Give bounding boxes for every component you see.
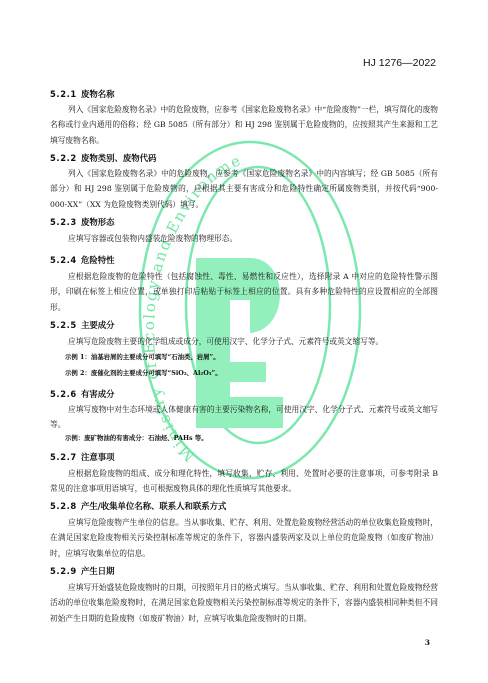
section-body-5-2-6: 应填写废物中对生态环境或人体健康有害的主要污染物名称，可使用汉字、化学分子式、元…	[50, 402, 438, 433]
document-page: Ministry of Ecology and Environment HJ 1…	[0, 0, 488, 683]
section-body-5-2-7: 应根据危险废物的组成、成分和理化特性，填写收集、贮存、利用、处置时必要的注意事项…	[50, 466, 438, 497]
section-number: 5.2.2	[50, 153, 81, 163]
section-number: 5.2.6	[50, 389, 81, 399]
section-title: 产生日期	[81, 566, 115, 576]
section-title: 废物类别、废物代码	[81, 153, 156, 163]
section-title: 注意事项	[81, 452, 115, 462]
section-body-5-2-3: 应填写容器或包装物内盛装危险废物的物理形态。	[50, 231, 438, 246]
section-heading-5-2-2: 5.2.2废物类别、废物代码	[50, 152, 156, 164]
standard-number: HJ 1276—2022	[363, 57, 436, 69]
section-body-5-2-4: 应根据危险废物的危险特性（包括腐蚀性、毒性、易燃性和反应性），选择附录 A 中对…	[50, 269, 438, 315]
section-heading-5-2-4: 5.2.4危险特性	[50, 254, 115, 266]
section-heading-5-2-9: 5.2.9产生日期	[50, 565, 115, 577]
section-number: 5.2.5	[50, 320, 81, 330]
section-title: 废物名称	[81, 89, 115, 99]
page-number: 3	[425, 638, 430, 647]
section-heading-5-2-1: 5.2.1废物名称	[50, 88, 115, 100]
section-title: 有害成分	[81, 389, 115, 399]
section-title: 产生/收集单位名称、联系人和联系方式	[81, 501, 226, 511]
example-hazardous: 示例：废矿物油的有害成分：石油烃、PAHs 等。	[65, 432, 208, 445]
section-heading-5-2-5: 5.2.5主要成分	[50, 319, 115, 331]
example-2: 示例 2：废催化剂的主要成分可填写“SiO₂、Al₂O₃”。	[65, 367, 222, 380]
section-body-5-2-1: 列入《国家危险废物名录》中的危险废物，应参考《国家危险废物名录》中“危险废物”一…	[50, 102, 438, 148]
section-heading-5-2-6: 5.2.6有害成分	[50, 388, 115, 400]
section-body-5-2-9: 应填写开始盛装危险废物时的日期，可按照年月日的格式填写。当从事收集、贮存、利用和…	[50, 580, 438, 626]
section-body-5-2-2: 列入《国家危险废物名录》中的危险废物，应参考《国家危险废物名录》中的内容填写；经…	[50, 166, 438, 212]
section-title: 主要成分	[81, 320, 115, 330]
section-number: 5.2.7	[50, 452, 81, 462]
section-number: 5.2.3	[50, 217, 81, 227]
section-heading-5-2-3: 5.2.3废物形态	[50, 216, 115, 228]
section-number: 5.2.4	[50, 255, 81, 265]
section-title: 危险特性	[81, 255, 115, 265]
section-title: 废物形态	[81, 217, 115, 227]
example-1: 示例 1：油基岩屑的主要成分可填写“石油类、岩屑”。	[65, 351, 220, 364]
section-number: 5.2.8	[50, 501, 81, 511]
section-body-5-2-5: 应填写危险废物主要的化学组成或成分，可使用汉字、化学分子式、元素符号或英文缩写等…	[50, 334, 438, 349]
section-heading-5-2-8: 5.2.8产生/收集单位名称、联系人和联系方式	[50, 500, 226, 512]
section-heading-5-2-7: 5.2.7注意事项	[50, 451, 115, 463]
section-body-5-2-8: 应填写危险废物产生单位的信息。当从事收集、贮存、利用、处置危险废物经营活动的单位…	[50, 515, 438, 561]
section-number: 5.2.9	[50, 566, 81, 576]
section-number: 5.2.1	[50, 89, 81, 99]
